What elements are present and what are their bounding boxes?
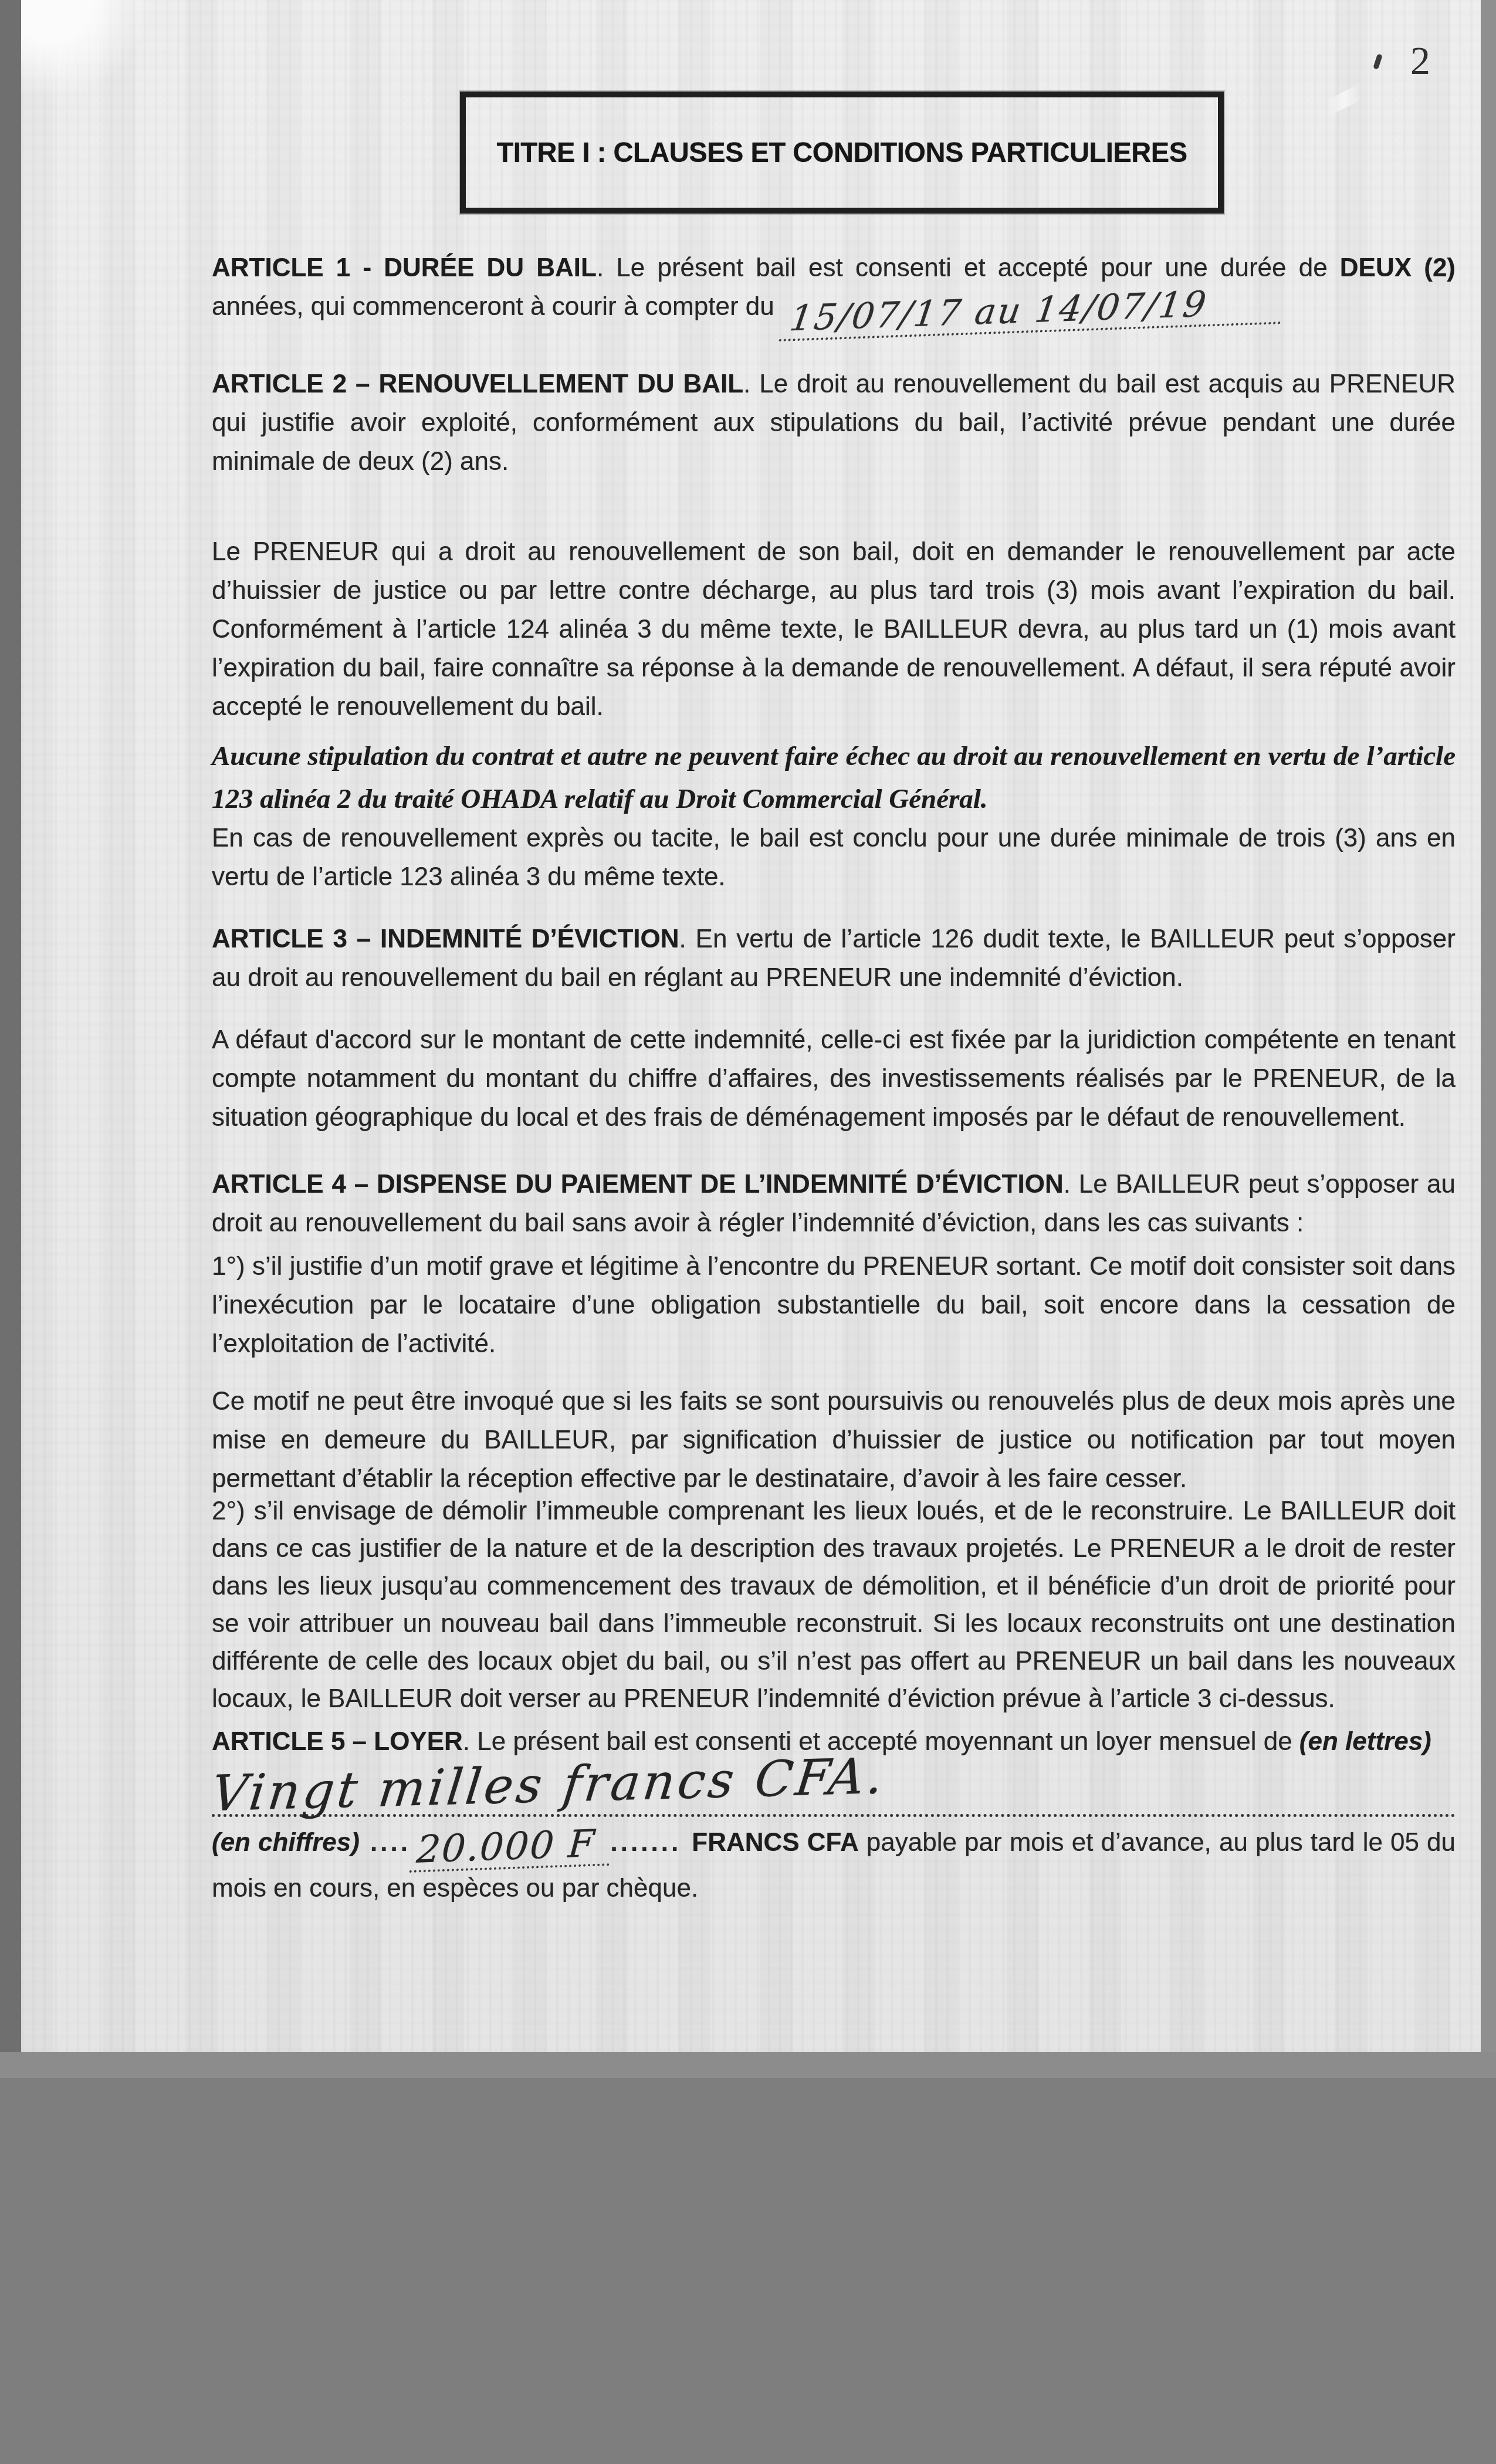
article-4-item-1-paragraph: 1°) s’il justifie d’un motif grave et lé…: [212, 1247, 1456, 1363]
text-segment: Aucune stipulation du contrat et autre n…: [212, 741, 1456, 814]
scanner-bed-right-strip: [1481, 0, 1496, 2078]
text-segment: ARTICLE 1 - DURÉE DU BAIL: [212, 253, 597, 282]
scanner-bed-band: [0, 2052, 1496, 2078]
text-segment: . Le présent bail est consenti et accept…: [597, 253, 1340, 282]
article-3-paragraph: ARTICLE 3 – INDEMNITÉ D’ÉVICTION. En ver…: [212, 920, 1456, 997]
text-segment: ARTICLE 5 – LOYER: [212, 1727, 463, 1756]
text-segment: DEUX (2): [1340, 253, 1456, 282]
text-segment: FRANCS CFA: [692, 1828, 858, 1857]
text-segment: ARTICLE 3 – INDEMNITÉ D’ÉVICTION: [212, 925, 679, 953]
scanned-document-canvas: 2 TITRE I : CLAUSES ET CONDITIONS PARTIC…: [0, 0, 1496, 2464]
handwritten-amount-line: Vingt milles francs CFA.: [212, 1760, 1456, 1817]
text-segment: A défaut d'accord sur le montant de cett…: [212, 1025, 1456, 1132]
text-segment: Le PRENEUR qui a droit au renouvellement…: [212, 537, 1456, 721]
text-segment: (en lettres): [1299, 1727, 1431, 1756]
title-text: TITRE I : CLAUSES ET CONDITIONS PARTICUL…: [496, 136, 1187, 169]
renouvellement-expres-paragraph: En cas de renouvellement exprès ou tacit…: [212, 819, 1456, 896]
title-box: TITRE I : CLAUSES ET CONDITIONS PARTICUL…: [460, 92, 1224, 214]
preneur-renouvellement-paragraph: Le PRENEUR qui a droit au renouvellement…: [212, 533, 1456, 726]
text-segment: En cas de renouvellement exprès ou tacit…: [212, 824, 1456, 891]
motif-invoque-paragraph: Ce motif ne peut être invoqué que si les…: [212, 1382, 1456, 1498]
text-segment: ARTICLE 2 – RENOUVELLEMENT DU BAIL: [212, 370, 743, 398]
article-5-chiffres-paragraph: (en chiffres) ....20.000 F....... FRANCS…: [212, 1823, 1456, 1908]
article-4-item-2-paragraph: 2°) s’il envisage de démolir l’immeuble …: [212, 1492, 1456, 1718]
text-segment: 20.000 F: [409, 1825, 612, 1873]
scanner-bed-left-strip: [0, 0, 21, 2078]
article-1-paragraph: ARTICLE 1 - DURÉE DU BAIL. Le présent ba…: [212, 249, 1456, 333]
ink-speck: [1373, 53, 1383, 70]
ohada-clause-paragraph: Aucune stipulation du contrat et autre n…: [212, 735, 1456, 820]
text-segment: 15/07/17 au 14/07/19: [779, 284, 1286, 341]
text-segment: 2°) s’il envisage de démolir l’immeuble …: [212, 1497, 1456, 1713]
page-number: 2: [1410, 38, 1430, 84]
page-crease-mark: [1270, 60, 1412, 143]
text-segment: ....: [360, 1828, 411, 1857]
text-segment: 1°) s’il justifie d’un motif grave et lé…: [212, 1252, 1456, 1358]
article-4-paragraph: ARTICLE 4 – DISPENSE DU PAIEMENT DE L’IN…: [212, 1165, 1456, 1243]
document-page: 2 TITRE I : CLAUSES ET CONDITIONS PARTIC…: [21, 0, 1481, 2055]
article-2-paragraph: ARTICLE 2 – RENOUVELLEMENT DU BAIL. Le d…: [212, 365, 1456, 481]
indemnite-fixation-paragraph: A défaut d'accord sur le montant de cett…: [212, 1021, 1456, 1137]
text-segment: ARTICLE 4 – DISPENSE DU PAIEMENT DE L’IN…: [212, 1170, 1064, 1199]
text-segment: .......: [611, 1828, 692, 1857]
text-segment: Ce motif ne peut être invoqué que si les…: [212, 1387, 1456, 1493]
text-segment: années, qui commenceront à courir à comp…: [212, 292, 781, 321]
text-segment: (en chiffres): [212, 1828, 360, 1857]
text-segment: Vingt milles francs CFA.: [209, 1751, 888, 1818]
